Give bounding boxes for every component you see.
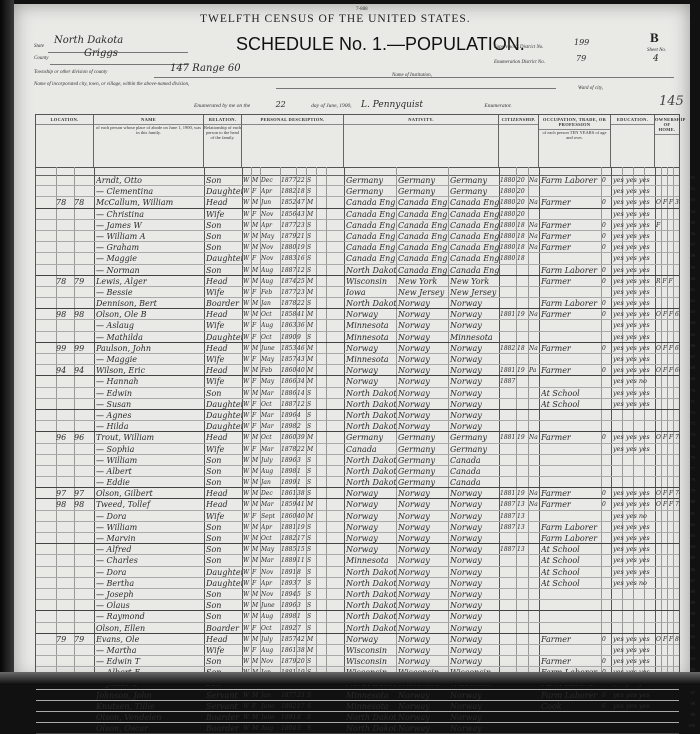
- table-row: 89— OlausSonWMJune18963SNorth DakotaNorw…: [36, 600, 679, 611]
- father-birthplace-cell: Norway: [398, 309, 448, 319]
- table-row: 799797Olson, GilbertHeadWMDec186138SNorw…: [36, 488, 679, 499]
- birth-month-cell: Apr: [261, 220, 280, 230]
- birthplace-cell: North Dakota: [346, 466, 396, 476]
- line-number: 73: [691, 421, 696, 426]
- birth-month-cell: Aug: [261, 611, 280, 621]
- immigration-year-cell: [500, 354, 516, 364]
- sex-cell: M: [252, 589, 260, 599]
- sex-cell: M: [252, 343, 260, 353]
- family-number-cell: [74, 354, 94, 364]
- mother-birthplace-cell: Norway: [450, 634, 499, 644]
- birthplace-cell: North Dakota: [346, 611, 396, 621]
- years-in-us-cell: 20: [517, 197, 528, 207]
- dwelling-number-cell: [56, 477, 74, 487]
- person-name-cell: — Charles: [96, 555, 204, 565]
- birth-month-cell: Nov: [261, 567, 280, 577]
- table-row: 76— WilliamSonWMJuly18963SNorth DakotaGe…: [36, 455, 679, 466]
- occupation-cell: [541, 623, 601, 633]
- marital-status-cell: M: [307, 444, 316, 454]
- person-name-cell: Arndt, Otto: [96, 175, 204, 185]
- birth-month-cell: Mar: [261, 388, 280, 398]
- table-row: 90— RaymondSonWMAug18981SNorth DakotaNor…: [36, 611, 679, 622]
- father-birthplace-cell: Norway: [398, 533, 448, 543]
- years-in-us-cell: 18: [517, 242, 528, 252]
- immigration-year-cell: 1881: [500, 365, 516, 375]
- father-birthplace-cell: Germany: [398, 466, 448, 476]
- table-row: 88— JosephSonWMNov18945SNorth DakotaNorw…: [36, 589, 679, 600]
- table-row: 86— DoraDaughterWFNov18918SNorth DakotaN…: [36, 567, 679, 578]
- home-ownership-cell: O F F 65: [656, 343, 680, 353]
- father-birthplace-cell: Norway: [398, 388, 448, 398]
- birth-month-cell: Mar: [261, 421, 280, 431]
- home-ownership-cell: [656, 186, 680, 196]
- occupation-cell: [541, 376, 601, 386]
- marital-status-cell: M: [307, 309, 316, 319]
- age-cell: 43: [297, 209, 306, 219]
- color-cell: W: [243, 186, 251, 196]
- months-unemployed-cell: 0: [602, 432, 611, 442]
- family-number-cell: [74, 388, 94, 398]
- dwelling-number-cell: [56, 175, 74, 185]
- incorporated-field: Name of incorporated city, town, or vill…: [34, 82, 189, 87]
- enumerated-day: 22: [276, 100, 286, 109]
- marital-status-cell: S: [307, 332, 316, 342]
- home-ownership-cell: [656, 600, 680, 610]
- father-birthplace-cell: Germany: [398, 444, 448, 454]
- mother-birthplace-cell: Canada Eng: [450, 265, 499, 275]
- father-birthplace-cell: Norway: [398, 634, 448, 644]
- line-number: 51: [691, 175, 696, 180]
- birth-year-cell: 1896: [281, 600, 296, 610]
- occupation-cell: Farmer: [541, 499, 601, 509]
- sex-cell: F: [252, 578, 260, 588]
- years-in-us-cell: [517, 444, 528, 454]
- dwelling-number-cell: [56, 455, 74, 465]
- education-cell: yes yes yes: [613, 265, 655, 275]
- birthplace-cell: Canada: [346, 444, 396, 454]
- years-in-us-cell: [517, 320, 528, 330]
- months-unemployed-cell: [602, 320, 611, 330]
- months-unemployed-cell: [602, 399, 611, 409]
- dwelling-number-cell: [56, 376, 74, 386]
- table-row: 537878McCallum, WilliamHeadWMJun185247MC…: [36, 197, 679, 208]
- person-name-cell: — Hannah: [96, 376, 204, 386]
- birth-month-cell: Nov: [261, 253, 280, 263]
- naturalization-cell: [529, 522, 539, 532]
- education-cell: [613, 623, 655, 633]
- enumeration-district-label: Enumeration District No.: [494, 60, 545, 65]
- birth-year-cell: 1863: [281, 320, 296, 330]
- father-birthplace-cell: Canada Eng: [398, 197, 448, 207]
- naturalization-cell: [529, 578, 539, 588]
- occupation-cell: At School: [541, 555, 601, 565]
- family-number-cell: [74, 399, 94, 409]
- person-name-cell: — Graham: [96, 242, 204, 252]
- birthplace-cell: Norway: [346, 533, 396, 543]
- education-cell: yes yes yes: [613, 499, 655, 509]
- birth-month-cell: Oct: [261, 399, 280, 409]
- dwelling-number-cell: [56, 533, 74, 543]
- birth-month-cell: Jan: [261, 298, 280, 308]
- naturalization-cell: [529, 533, 539, 543]
- marital-status-cell: M: [307, 209, 316, 219]
- page-stamp: 145: [659, 94, 684, 109]
- immigration-year-cell: [500, 298, 516, 308]
- sex-cell: F: [252, 186, 260, 196]
- birth-year-cell: 1860: [281, 511, 296, 521]
- father-birthplace-cell: Canada Eng: [398, 220, 448, 230]
- father-birthplace-cell: Norway: [398, 623, 448, 633]
- line-number: 63: [691, 309, 696, 314]
- birth-year-cell: 1880: [281, 242, 296, 252]
- immigration-year-cell: 1887: [500, 544, 516, 554]
- header-occupation: OCCUPATION, TRADE, OR PROFESSIONof each …: [539, 115, 611, 167]
- line-number: 57: [691, 242, 696, 247]
- mother-birthplace-cell: Norway: [450, 522, 499, 532]
- birth-month-cell: Dec: [261, 488, 280, 498]
- color-cell: W: [243, 175, 251, 185]
- sex-cell: F: [252, 421, 260, 431]
- birth-month-cell: Aug: [261, 466, 280, 476]
- age-cell: 22: [297, 444, 306, 454]
- years-in-us-cell: 13: [517, 522, 528, 532]
- mother-birthplace-cell: Norway: [450, 578, 499, 588]
- education-cell: [613, 589, 655, 599]
- age-cell: 19: [297, 242, 306, 252]
- color-cell: W: [243, 197, 251, 207]
- age-cell: 20: [297, 656, 306, 666]
- years-in-us-cell: 18: [517, 343, 528, 353]
- family-number-cell: 98: [74, 309, 94, 319]
- relation-cell: Head: [206, 488, 242, 498]
- line-number: 76: [691, 455, 696, 460]
- birthplace-cell: Norway: [346, 309, 396, 319]
- color-cell: W: [243, 499, 251, 509]
- township-value: 147 Range 60: [170, 63, 241, 74]
- family-number-cell: [74, 656, 94, 666]
- sex-cell: F: [252, 645, 260, 655]
- birth-year-cell: 1879: [281, 656, 296, 666]
- person-name-cell: — James W: [96, 220, 204, 230]
- age-cell: 25: [297, 276, 306, 286]
- months-unemployed-cell: [602, 645, 611, 655]
- relation-cell: Son: [206, 388, 242, 398]
- education-cell: yes yes yes: [613, 231, 655, 241]
- birth-year-cell: 1860: [281, 432, 296, 442]
- education-cell: yes yes yes: [613, 320, 655, 330]
- color-cell: W: [243, 265, 251, 275]
- occupation-cell: [541, 589, 601, 599]
- father-birthplace-cell: Norway: [398, 578, 448, 588]
- education-cell: yes yes yes: [613, 432, 655, 442]
- dwelling-number-cell: [56, 253, 74, 263]
- naturalization-cell: Na: [529, 197, 539, 207]
- county-value: Griggs: [84, 48, 118, 59]
- relation-cell: Son: [206, 589, 242, 599]
- birth-month-cell: Apr: [261, 186, 280, 196]
- father-birthplace-cell: Norway: [398, 332, 448, 342]
- sex-cell: M: [252, 499, 260, 509]
- marital-status-cell: S: [307, 298, 316, 308]
- color-cell: W: [243, 309, 251, 319]
- line-number: 80: [691, 499, 696, 504]
- color-cell: W: [243, 332, 251, 342]
- county-field: County Griggs: [34, 56, 48, 61]
- birth-month-cell: Aug: [261, 276, 280, 286]
- person-name-cell: — Dora: [96, 511, 204, 521]
- education-cell: [613, 421, 655, 431]
- person-name-cell: Lewis, Alger: [96, 276, 204, 286]
- table-body: 51Arndt, OttoSonWMDec187722SGermanyGerma…: [36, 175, 679, 685]
- occupation-cell: [541, 466, 601, 476]
- census-title: TWELFTH CENSUS OF THE UNITED STATES.: [200, 13, 471, 25]
- sex-cell: F: [252, 444, 260, 454]
- age-cell: 3: [297, 600, 306, 610]
- years-in-us-cell: [517, 611, 528, 621]
- dwelling-number-cell: 94: [56, 365, 74, 375]
- father-birthplace-cell: Germany: [398, 455, 448, 465]
- birth-year-cell: 1883: [281, 253, 296, 263]
- sex-cell: F: [252, 376, 260, 386]
- home-ownership-cell: [656, 511, 680, 521]
- mother-birthplace-cell: Germany: [450, 444, 499, 454]
- immigration-year-cell: [500, 589, 516, 599]
- father-birthplace-cell: Germany: [398, 432, 448, 442]
- marital-status-cell: S: [307, 410, 316, 420]
- occupation-cell: At School: [541, 399, 601, 409]
- education-cell: yes yes yes: [613, 253, 655, 263]
- months-unemployed-cell: [602, 410, 611, 420]
- relation-cell: Head: [206, 343, 242, 353]
- marital-status-cell: S: [307, 175, 316, 185]
- age-cell: 47: [297, 197, 306, 207]
- institution-field: Name of Institution,: [392, 73, 432, 78]
- color-cell: W: [243, 354, 251, 364]
- home-ownership-cell: [656, 354, 680, 364]
- line-number: 75: [691, 444, 696, 449]
- immigration-year-cell: [500, 265, 516, 275]
- table-row: 91Olson, EllenBoarderWFOct18927SNorth Da…: [36, 623, 679, 634]
- table-row: 669999Paulson, JohnHeadWMJune185346MNorw…: [36, 343, 679, 354]
- years-in-us-cell: [517, 388, 528, 398]
- dwelling-number-cell: [56, 645, 74, 655]
- table-row: 87— BerthaDaughterWFApr18937SNorth Dakot…: [36, 578, 679, 589]
- birthplace-cell: Germany: [346, 186, 396, 196]
- birth-month-cell: Nov: [261, 209, 280, 219]
- naturalization-cell: Na: [529, 175, 539, 185]
- birth-month-cell: Nov: [261, 242, 280, 252]
- birthplace-cell: Norway: [346, 544, 396, 554]
- immigration-year-cell: 1881: [500, 432, 516, 442]
- months-unemployed-cell: [602, 466, 611, 476]
- birth-month-cell: June: [261, 343, 280, 353]
- months-unemployed-cell: 0: [602, 488, 611, 498]
- sheet-number-value: 4: [653, 54, 659, 64]
- occupation-cell: [541, 320, 601, 330]
- color-cell: W: [243, 209, 251, 219]
- person-name-cell: — Sophia: [96, 444, 204, 454]
- months-unemployed-cell: 0: [602, 499, 611, 509]
- marital-status-cell: M: [307, 354, 316, 364]
- relation-cell: Head: [206, 365, 242, 375]
- mother-birthplace-cell: Norway: [450, 354, 499, 364]
- education-cell: yes yes yes: [613, 399, 655, 409]
- home-ownership-cell: [656, 287, 680, 297]
- birth-month-cell: Aug: [261, 320, 280, 330]
- line-number: 65: [691, 332, 696, 337]
- family-number-cell: [74, 376, 94, 386]
- age-cell: 14: [297, 388, 306, 398]
- naturalization-cell: [529, 421, 539, 431]
- naturalization-cell: Na: [529, 432, 539, 442]
- mother-birthplace-cell: Norway: [450, 589, 499, 599]
- dwelling-number-cell: [56, 567, 74, 577]
- birth-year-cell: 1877: [281, 220, 296, 230]
- person-name-cell: — Susan: [96, 399, 204, 409]
- birthplace-cell: Norway: [346, 511, 396, 521]
- birth-year-cell: 1857: [281, 354, 296, 364]
- sex-cell: F: [252, 354, 260, 364]
- sex-cell: M: [252, 555, 260, 565]
- occupation-cell: Farmer: [541, 365, 601, 375]
- sex-cell: M: [252, 488, 260, 498]
- home-ownership-cell: [656, 231, 680, 241]
- birth-month-cell: May: [261, 231, 280, 241]
- relation-cell: Head: [206, 634, 242, 644]
- table-row: 93— MarthaWifeWFAug186138MWisconsinNorwa…: [36, 645, 679, 656]
- marital-status-cell: S: [307, 421, 316, 431]
- marital-status-cell: M: [307, 376, 316, 386]
- father-birthplace-cell: Germany: [398, 175, 448, 185]
- color-cell: W: [243, 343, 251, 353]
- home-ownership-cell: O F F 75: [656, 499, 680, 509]
- line-number: 62: [691, 298, 696, 303]
- age-cell: 3: [297, 455, 306, 465]
- mother-birthplace-cell: Germany: [450, 186, 499, 196]
- birth-month-cell: Aug: [261, 645, 280, 655]
- father-birthplace-cell: Norway: [398, 555, 448, 565]
- table-row: 65— MathildaDaughterWFOct18909SMinnesota…: [36, 332, 679, 343]
- months-unemployed-cell: [602, 589, 611, 599]
- naturalization-cell: Pa: [529, 365, 539, 375]
- years-in-us-cell: [517, 567, 528, 577]
- years-in-us-cell: 20: [517, 175, 528, 185]
- header-nativity: NATIVITY.: [344, 115, 499, 167]
- education-cell: [613, 455, 655, 465]
- marital-status-cell: S: [307, 533, 316, 543]
- color-cell: W: [243, 298, 251, 308]
- birthplace-cell: Norway: [346, 499, 396, 509]
- dwelling-number-cell: 78: [56, 197, 74, 207]
- line-number: 68: [691, 365, 696, 370]
- years-in-us-cell: [517, 589, 528, 599]
- sex-cell: F: [252, 253, 260, 263]
- sex-cell: M: [252, 197, 260, 207]
- months-unemployed-cell: 0: [602, 265, 611, 275]
- naturalization-cell: Na: [529, 231, 539, 241]
- occupation-cell: [541, 186, 601, 196]
- color-cell: W: [243, 544, 251, 554]
- line-number: 81: [691, 511, 696, 516]
- home-ownership-cell: [656, 376, 680, 386]
- naturalization-cell: [529, 623, 539, 633]
- line-number: 94: [691, 656, 696, 661]
- birthplace-cell: Canada Eng: [346, 197, 396, 207]
- relation-cell: Daughter: [206, 186, 242, 196]
- enumerated-month-year: day of June, 1900,: [311, 103, 351, 109]
- dwelling-number-cell: [56, 332, 74, 342]
- father-birthplace-cell: Norway: [398, 365, 448, 375]
- person-name-cell: — Maggie: [96, 354, 204, 364]
- naturalization-cell: [529, 388, 539, 398]
- dwelling-number-cell: [56, 186, 74, 196]
- years-in-us-cell: 13: [517, 499, 528, 509]
- education-cell: yes yes yes: [613, 220, 655, 230]
- line-number: 79: [691, 488, 696, 493]
- birth-year-cell: 1885: [281, 544, 296, 554]
- dwelling-number-cell: [56, 320, 74, 330]
- birth-month-cell: Jun: [261, 197, 280, 207]
- birthplace-cell: Canada Eng: [346, 209, 396, 219]
- sex-cell: M: [252, 656, 260, 666]
- education-cell: yes yes yes: [613, 298, 655, 308]
- mother-birthplace-cell: Canada Eng: [450, 209, 499, 219]
- person-name-cell: — Eddie: [96, 477, 204, 487]
- education-cell: yes yes yes: [613, 522, 655, 532]
- years-in-us-cell: [517, 376, 528, 386]
- birth-year-cell: 1898: [281, 611, 296, 621]
- naturalization-cell: [529, 477, 539, 487]
- line-number: 60: [691, 276, 696, 281]
- marital-status-cell: S: [307, 567, 316, 577]
- birth-year-cell: 1860: [281, 365, 296, 375]
- naturalization-cell: [529, 656, 539, 666]
- dwelling-number-cell: [56, 555, 74, 565]
- education-cell: yes yes yes: [613, 444, 655, 454]
- education-cell: [613, 611, 655, 621]
- relation-cell: Head: [206, 197, 242, 207]
- birth-year-cell: 1886: [281, 388, 296, 398]
- years-in-us-cell: [517, 455, 528, 465]
- birth-year-cell: 1892: [281, 623, 296, 633]
- dwelling-number-cell: [56, 265, 74, 275]
- birthplace-cell: Minnesota: [346, 332, 396, 342]
- years-in-us-cell: [517, 555, 528, 565]
- color-cell: W: [243, 634, 251, 644]
- marital-status-cell: S: [307, 656, 316, 666]
- naturalization-cell: [529, 320, 539, 330]
- birth-month-cell: Mar: [261, 444, 280, 454]
- birth-month-cell: Apr: [261, 522, 280, 532]
- age-cell: 1: [297, 611, 306, 621]
- color-cell: W: [243, 645, 251, 655]
- family-number-cell: [74, 410, 94, 420]
- sex-cell: M: [252, 298, 260, 308]
- birth-year-cell: 1859: [281, 499, 296, 509]
- years-in-us-cell: [517, 298, 528, 308]
- birthplace-cell: Wisconsin: [346, 645, 396, 655]
- marital-status-cell: S: [307, 265, 316, 275]
- mother-birthplace-cell: Canada Eng: [450, 220, 499, 230]
- mother-birthplace-cell: Norway: [450, 511, 499, 521]
- sex-cell: F: [252, 567, 260, 577]
- table-row: 927979Evans, OleHeadWMJuly185742MNorwayN…: [36, 634, 679, 645]
- family-number-cell: 78: [74, 197, 94, 207]
- relation-cell: Boarder: [206, 623, 242, 633]
- family-number-cell: 97: [74, 488, 94, 498]
- age-cell: 9: [297, 332, 306, 342]
- enumeration-district-value: 79: [576, 54, 586, 63]
